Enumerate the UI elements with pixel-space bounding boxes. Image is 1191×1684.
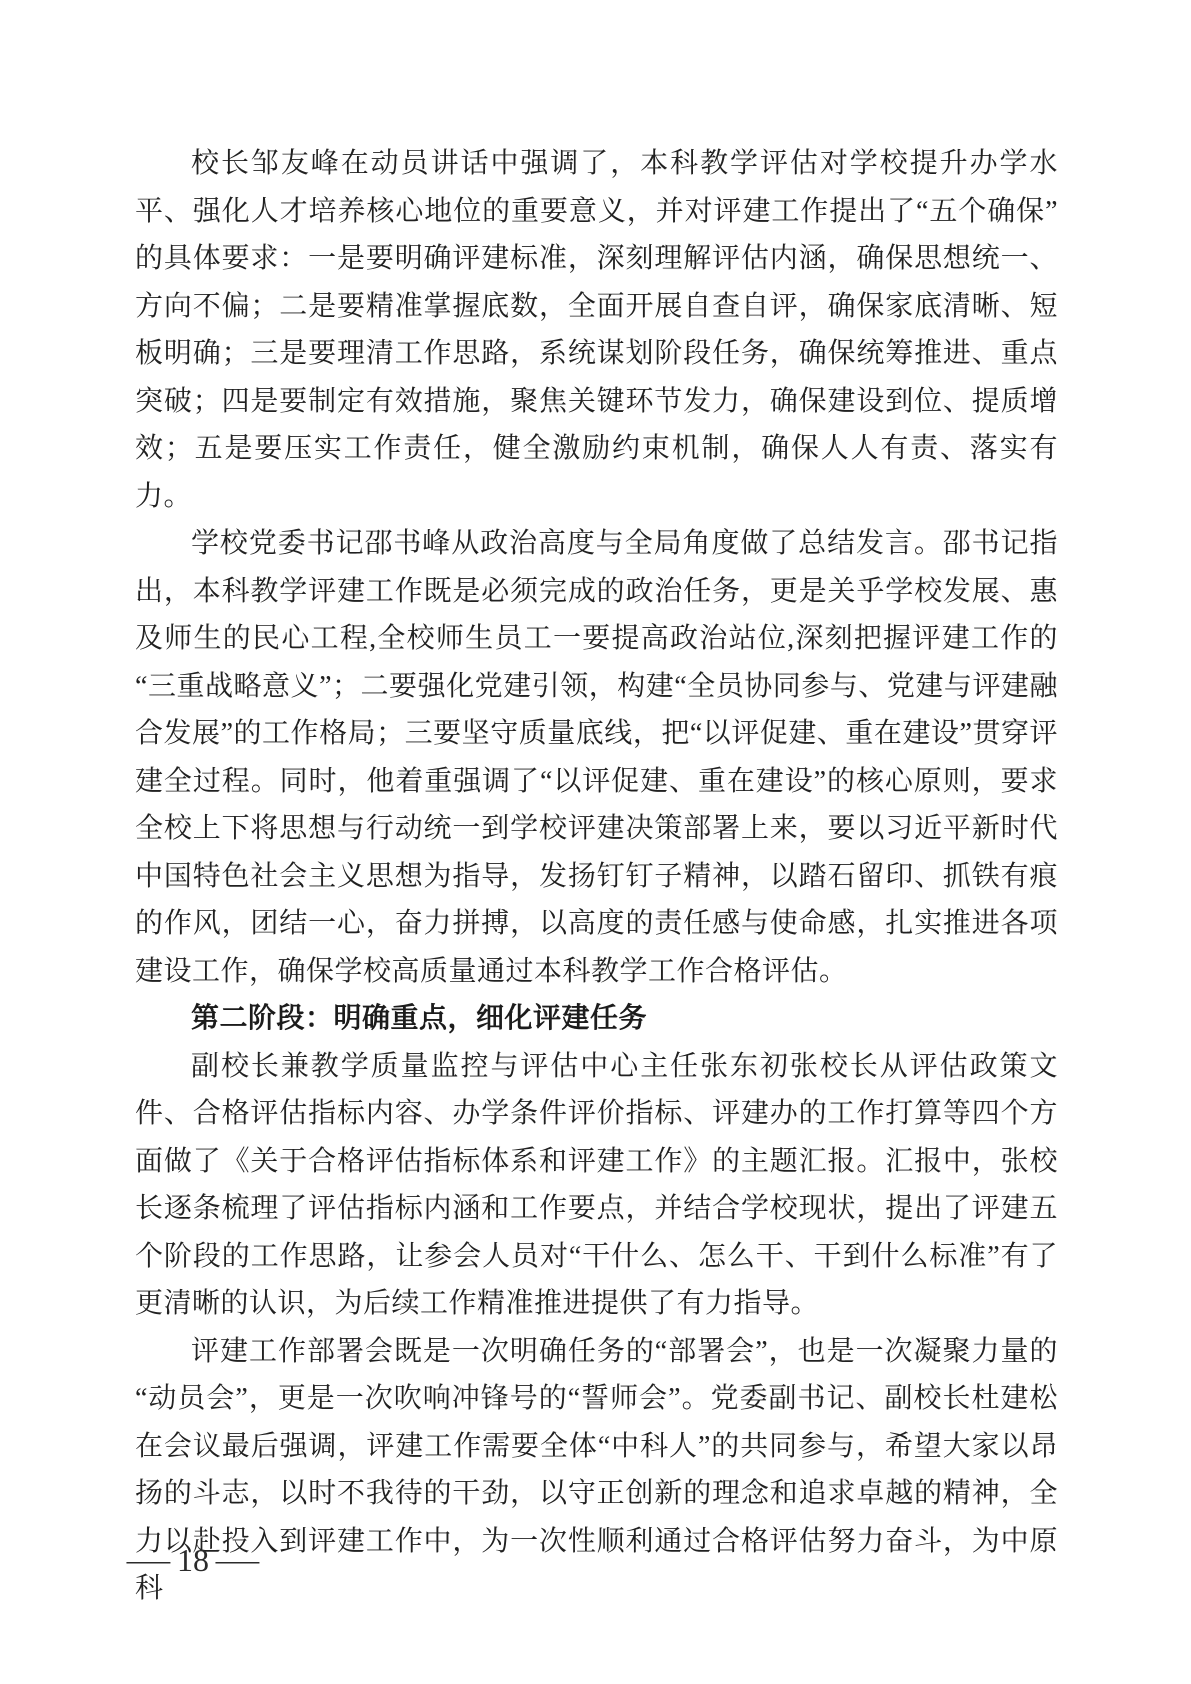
paragraph-deployment-meeting: 评建工作部署会既是一次明确任务的“部署会”，也是一次凝聚力量的“动员会”，更是一… [135, 1328, 1058, 1613]
document-page: 校长邹友峰在动员讲话中强调了，本科教学评估对学校提升办学水平、强化人才培养核心地… [0, 0, 1191, 1684]
page-number-value: 18 [177, 1543, 209, 1577]
page-number: — 18 — [133, 1543, 253, 1577]
paragraph-vice-principal-report: 副校长兼教学质量监控与评估中心主任张东初张校长从评估政策文件、合格评估指标内容、… [135, 1043, 1058, 1328]
page-number-dash-left: — [127, 1543, 170, 1577]
paragraph-principal-speech: 校长邹友峰在动员讲话中强调了，本科教学评估对学校提升办学水平、强化人才培养核心地… [135, 140, 1058, 520]
paragraph-party-secretary-summary: 学校党委书记邵书峰从政治高度与全局角度做了总结发言。邵书记指出，本科教学评建工作… [135, 520, 1058, 995]
page-number-dash-right: — [216, 1543, 259, 1577]
section-heading-stage-two: 第二阶段：明确重点，细化评建任务 [135, 995, 1058, 1043]
document-content: 校长邹友峰在动员讲话中强调了，本科教学评估对学校提升办学水平、强化人才培养核心地… [135, 140, 1058, 1613]
